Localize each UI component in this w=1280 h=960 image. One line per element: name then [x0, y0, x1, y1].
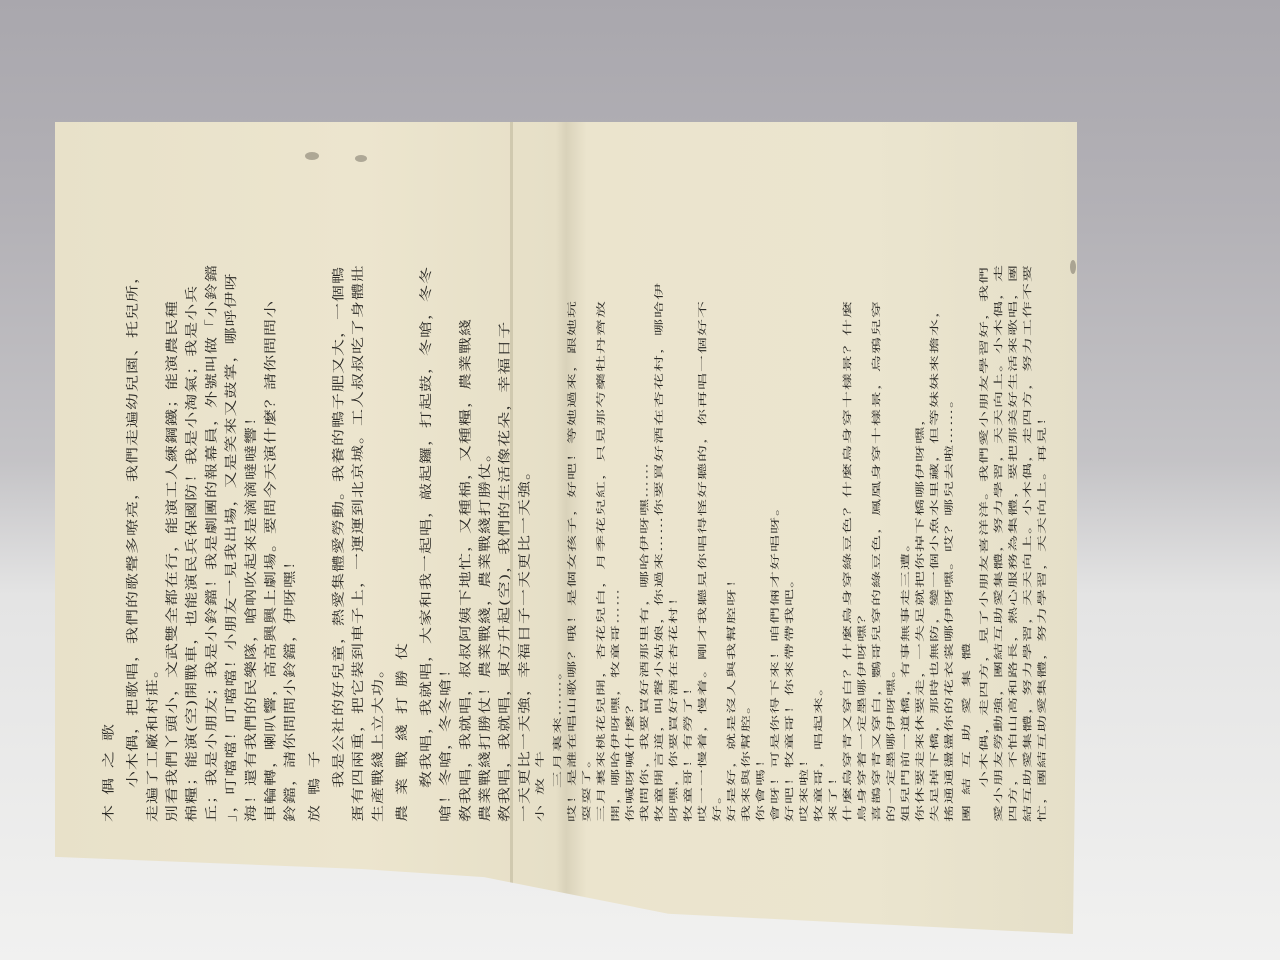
- song-title: 放鴨子: [305, 122, 325, 822]
- right-page: 小放牛三月裏來……。哎！是誰在唱山歌哪？哦！是個女孩子，好吧！等她過來，跟她玩耍…: [530, 122, 1050, 934]
- lyric-line: 走遍了工廠和村莊。: [143, 122, 163, 822]
- lyric-line: 四方，不怕山高和路長，熱心服務為集體，要把那美好生活來歌唱，團: [1007, 122, 1021, 822]
- lyric-line: 農業戰綫打勝仗！農業戰綫，農業戰綫打勝仗。: [476, 122, 496, 822]
- lyric-line: 姐兒門前一道橋，有事無事走三遭。: [899, 122, 913, 822]
- lyric-line: 會呀！可是你得下來！咱們倆才好唱呀。: [768, 122, 782, 822]
- lyric-line: 耍耍了。: [580, 122, 594, 822]
- lyric-line: 哎一一慢着，慢着。剛才我聽見你唱得怪好聽的，你再唱一個好不: [696, 122, 710, 822]
- lyric-line: 開，哪哈伊呀嘿，牧童哥……: [609, 122, 623, 822]
- lyric-line: 海！還有我們的民樂隊，嗆吶吹起來是滴滴噠噠響！: [242, 122, 262, 822]
- lyric-line: 你會嗎！: [754, 122, 768, 822]
- lyric-line: 哎來啦！: [797, 122, 811, 822]
- right-page-text: 小放牛三月裏來……。哎！是誰在唱山歌哪？哦！是個女孩子，好吧！等她過來，跟她玩耍…: [530, 122, 1050, 822]
- song-title: 農業戰綫打勝仗: [393, 122, 413, 822]
- lyric-line: 三月裏來……。: [551, 122, 565, 822]
- lyric-line: 敎我唱，我就唱，東方升起(空)，我們的生活像花朵，幸福日子: [496, 122, 516, 822]
- lyric-line: 牧童哥，唱起來。: [812, 122, 826, 822]
- lyric-line: 呀嘿，你要買好酒在杏花村！: [667, 122, 681, 822]
- left-page: 木偶之歌小木偶，把歌唱，我們的歌聲多嘹亮，我們走遍幼兒園、托兒所，走遍了工廠和村…: [95, 122, 535, 934]
- lyric-line: 的一定墨哪伊呀嘿。: [884, 122, 898, 822]
- lyric-line: 牧童哥！有勞了！: [681, 122, 695, 822]
- song-title: 木偶之歌: [99, 122, 119, 822]
- lyric-line: 好。: [710, 122, 724, 822]
- left-page-text: 木偶之歌小木偶，把歌唱，我們的歌聲多嘹亮，我們走遍幼兒園、托兒所，走遍了工廠和村…: [95, 122, 535, 822]
- lyric-line: 蛋有四兩重，把它裝到車子上，一運運到北京城。工人叔叔吃了身體壯: [349, 122, 369, 822]
- lyric-line: 你喊呀喊什麼？: [623, 122, 637, 822]
- lyric-line: 棉糧；能演(空)開戰車，也能演民兵保國防！我是小淘氣；我是小兵: [183, 122, 203, 822]
- lyric-line: 失足掉下橋，那時也無防，變一個小魚水里藏，但等妹妹來擔水，: [928, 122, 942, 822]
- lyric-line: 敎我唱，我就唱，大家和我一起唱，敲起鑼，打起鼓，冬嗆，冬冬: [417, 122, 437, 822]
- lyric-line: 鳥身穿着一定墨哪伊呀嘿？: [855, 122, 869, 822]
- lyric-line: 搖通通盪盪你的花衣裳哪伊呀嘿。哎？哪兒去啦……。: [942, 122, 956, 822]
- lyric-line: 哎！是誰在唱山歌哪？哦！是個女孩子，好吧！等她過來，跟她玩: [565, 122, 579, 822]
- lyric-line: 生產戰綫上立大功。: [369, 122, 389, 822]
- song-title: 小放牛: [533, 122, 547, 822]
- lyric-line: 敎我唱，我就唱，叔叔阿姨下地忙，又種棉，又種糧，農業戰綫: [456, 122, 476, 822]
- lyric-line: 小木偶，把歌唱，我們的歌聲多嘹亮，我們走遍幼兒園、托兒所，: [123, 122, 143, 822]
- lyric-line: 我問你，我要買好酒那里有，哪哈伊呀嘿……: [638, 122, 652, 822]
- lyric-line: 別看我們丫頭小，文武雙全都在行，能演工人練鋼鐵；能演農民種: [163, 122, 183, 822]
- lyric-line: 我是公社的好兒童，熱愛集體愛勞動。我養的鴨子肥又大，一個鴨: [329, 122, 349, 822]
- lyric-line: 丘；我是小朋友；我是小鈴鐺！我是劇團的報幕員，外號叫做「小鈴鐺: [202, 122, 222, 822]
- ink-spot: [1070, 260, 1076, 274]
- lyric-line: 什麼鳥穿青又穿白？什麼鳥身穿綠豆色？什麼鳥身穿十樣景？什麼: [841, 122, 855, 822]
- lyrics-sheet: 木偶之歌小木偶，把歌唱，我們的歌聲多嘹亮，我們走遍幼兒園、托兒所，走遍了工廠和村…: [55, 122, 1077, 934]
- lyric-line: 小木偶，走四方，見了小朋友喜洋洋。我們愛小朋友學習好，我們: [978, 122, 992, 822]
- lyric-line: 忙，團結互助愛集體，努力學習，天天向上。再見！: [1036, 122, 1050, 822]
- lyric-line: 來了！: [826, 122, 840, 822]
- lyric-line: 車輪轉，喇叭響，高高興興上劇場。要問今天演什麼？請你問問小: [261, 122, 281, 822]
- lyric-line: 鈴鐺，請你問問小鈴鐺，伊呀嘿！: [281, 122, 301, 822]
- lyric-line: 愛小朋友勞動強，團結互助愛集體，努力學習，天天向上。小木偶，走: [992, 122, 1006, 822]
- lyric-line: 牧童開言道，叫聲小姑娘，你過來……你要買好酒在杏花村，哪哈伊: [652, 122, 666, 822]
- lyric-line: 好是好，就是沒人與我幫腔呀！: [725, 122, 739, 822]
- lyric-line: 」，叮噹噹！叮噹噹！小朋友一見我出場，又是笑來又鼓掌，哪呼伊呀: [222, 122, 242, 822]
- lyric-line: 喜鵲穿青又穿白，鸚哥兒穿的綠豆色，鳳凰身穿十樣景，烏鴉兒穿: [870, 122, 884, 822]
- lyric-line: 嗆！冬嗆，冬冬嗆！: [436, 122, 456, 822]
- lyric-line: 三月裏來桃花兒開，杏花兒白，月季花兒紅，只見那芍藥牡丹齊放: [594, 122, 608, 822]
- song-title: 團結互助愛集體: [960, 122, 974, 822]
- lyric-line: 你休要走來休要走，一失足就把你掉下橋哪伊呀嘿，: [913, 122, 927, 822]
- lyric-line: 我來與你幫腔。: [739, 122, 753, 822]
- lyric-line: 結互助愛集體，努力學習，天天向上。小木偶，走四方，努力工作不要: [1021, 122, 1035, 822]
- lyric-line: 好吧！牧童哥！你來帶帶我吧。: [783, 122, 797, 822]
